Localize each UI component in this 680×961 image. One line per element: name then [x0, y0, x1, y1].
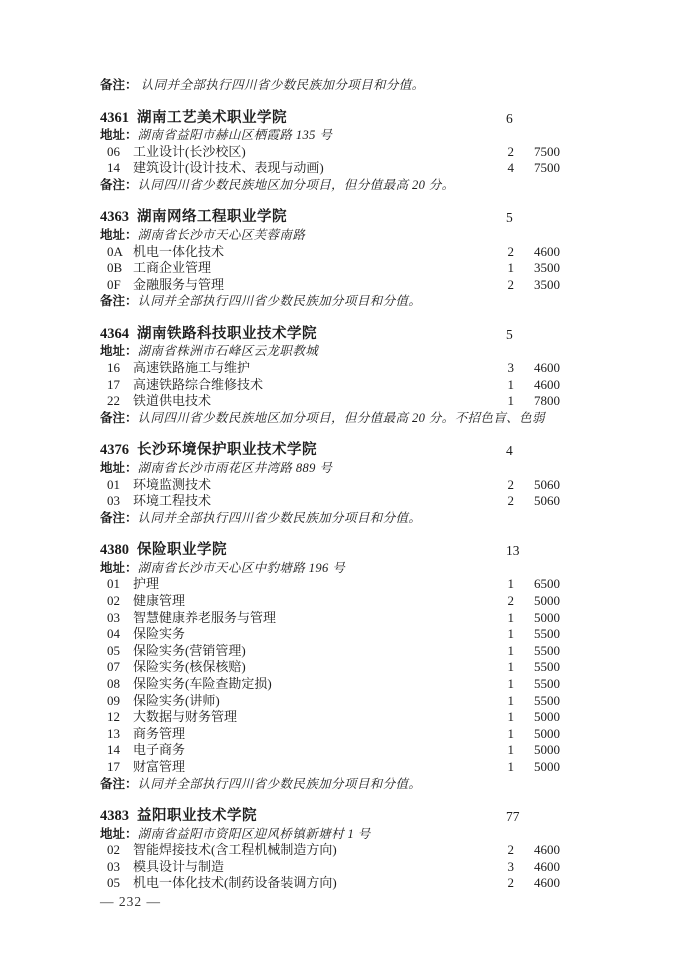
- major-row: 0A机电一体化技术24600: [100, 244, 560, 261]
- major-row: 14电子商务15000: [100, 742, 560, 759]
- major-code: 17: [100, 759, 133, 776]
- major-row: 0B工商企业管理13500: [100, 260, 560, 277]
- college-code: 4364: [100, 326, 129, 342]
- college-title-row: 4383益阳职业技术学院77: [100, 807, 560, 826]
- address-label: 地址：: [100, 561, 138, 575]
- major-name: 工商企业管理: [133, 260, 484, 277]
- major-name: 智能焊接技术(含工程机械制造方向): [133, 842, 484, 859]
- college-total-count: 77: [506, 808, 520, 827]
- major-row: 02智能焊接技术(含工程机械制造方向)24600: [100, 842, 560, 859]
- major-row: 08保险实务(车险查勘定损)15500: [100, 676, 560, 693]
- major-row: 17高速铁路综合维修技术14600: [100, 377, 560, 394]
- college-section: 4361湖南工艺美术职业学院6地址：湖南省益阳市赫山区栖霞路 135 号06工业…: [100, 109, 560, 194]
- major-code: 05: [100, 875, 133, 892]
- page-content: 备注： 认同并全部执行四川省少数民族加分项目和分值。 4361湖南工艺美术职业学…: [100, 77, 560, 892]
- address-label: 地址：: [100, 128, 138, 142]
- major-name: 铁道供电技术: [133, 393, 484, 410]
- major-row: 13商务管理15000: [100, 726, 560, 743]
- college-list: 4361湖南工艺美术职业学院6地址：湖南省益阳市赫山区栖霞路 135 号06工业…: [100, 109, 560, 892]
- major-row: 22铁道供电技术17800: [100, 393, 560, 410]
- major-row: 03环境工程技术25060: [100, 493, 560, 510]
- major-code: 03: [100, 859, 133, 876]
- major-code: 14: [100, 160, 133, 177]
- major-code: 04: [100, 626, 133, 643]
- major-tuition-fee: 5000: [514, 593, 560, 610]
- major-row: 05机电一体化技术(制药设备装调方向)24600: [100, 875, 560, 892]
- major-plan-count: 1: [484, 759, 514, 776]
- college-address-row: 地址：湖南省益阳市资阳区迎风桥镇新塘村 1 号: [100, 826, 560, 843]
- major-row: 03智慧健康养老服务与管理15000: [100, 610, 560, 627]
- college-code: 4363: [100, 209, 129, 225]
- major-name: 护理: [133, 576, 484, 593]
- major-row: 01环境监测技术25060: [100, 477, 560, 494]
- continuation-note-text: 认同并全部执行四川省少数民族加分项目和分值。: [141, 78, 425, 92]
- college-note: 认同四川省少数民族地区加分项目，但分值最高 20 分。: [138, 178, 455, 192]
- major-name: 金融服务与管理: [133, 277, 484, 294]
- major-plan-count: 2: [484, 493, 514, 510]
- college-title-row: 4380保险职业学院13: [100, 541, 560, 560]
- major-code: 0A: [100, 244, 133, 261]
- address-label: 地址：: [100, 228, 138, 242]
- major-name: 模具设计与制造: [133, 859, 484, 876]
- college-section: 4380保险职业学院13地址：湖南省长沙市天心区中豹塘路 196 号01护理16…: [100, 541, 560, 792]
- major-tuition-fee: 5060: [514, 477, 560, 494]
- major-plan-count: 1: [484, 576, 514, 593]
- college-note: 认同并全部执行四川省少数民族加分项目和分值。: [138, 294, 422, 308]
- major-tuition-fee: 5500: [514, 643, 560, 660]
- college-section: 4364湖南铁路科技职业技术学院5地址：湖南省株洲市石峰区云龙职教城16高速铁路…: [100, 325, 560, 426]
- college-note-row: 备注：认同并全部执行四川省少数民族加分项目和分值。: [100, 776, 560, 793]
- college-address-row: 地址：湖南省长沙市天心区芙蓉南路: [100, 227, 560, 244]
- college-code: 4380: [100, 542, 129, 558]
- college-code: 4383: [100, 808, 129, 824]
- address-label: 地址：: [100, 461, 138, 475]
- major-tuition-fee: 7500: [514, 144, 560, 161]
- major-tuition-fee: 5000: [514, 610, 560, 627]
- major-plan-count: 1: [484, 260, 514, 277]
- college-section: 4376长沙环境保护职业技术学院4地址：湖南省长沙市雨花区井湾路 889 号01…: [100, 441, 560, 526]
- major-tuition-fee: 4600: [514, 842, 560, 859]
- major-row: 06工业设计(长沙校区)27500: [100, 144, 560, 161]
- major-tuition-fee: 5500: [514, 693, 560, 710]
- major-code: 14: [100, 742, 133, 759]
- college-note-row: 备注：认同并全部执行四川省少数民族加分项目和分值。: [100, 510, 560, 527]
- major-name: 保险实务(核保核赔): [133, 659, 484, 676]
- major-tuition-fee: 3500: [514, 277, 560, 294]
- note-label: 备注：: [100, 411, 138, 425]
- major-name: 环境工程技术: [133, 493, 484, 510]
- college-note: 认同并全部执行四川省少数民族加分项目和分值。: [138, 777, 422, 791]
- major-plan-count: 3: [484, 360, 514, 377]
- address-label: 地址：: [100, 827, 138, 841]
- major-name: 保险实务: [133, 626, 484, 643]
- major-name: 智慧健康养老服务与管理: [133, 610, 484, 627]
- major-code: 17: [100, 377, 133, 394]
- college-note: 认同四川省少数民族地区加分项目，但分值最高 20 分。不招色盲、色弱: [138, 411, 545, 425]
- major-name: 机电一体化技术(制药设备装调方向): [133, 875, 484, 892]
- college-section: 4383益阳职业技术学院77地址：湖南省益阳市资阳区迎风桥镇新塘村 1 号02智…: [100, 807, 560, 892]
- note-label: 备注：: [100, 511, 138, 525]
- college-address-row: 地址：湖南省长沙市天心区中豹塘路 196 号: [100, 560, 560, 577]
- major-tuition-fee: 5000: [514, 742, 560, 759]
- major-row: 09保险实务(讲师)15500: [100, 693, 560, 710]
- college-code: 4361: [100, 110, 129, 126]
- major-code: 16: [100, 360, 133, 377]
- major-tuition-fee: 3500: [514, 260, 560, 277]
- major-name: 建筑设计(设计技术、表现与动画): [133, 160, 484, 177]
- major-code: 03: [100, 610, 133, 627]
- major-plan-count: 2: [484, 842, 514, 859]
- continuation-note: 备注： 认同并全部执行四川省少数民族加分项目和分值。: [100, 77, 560, 94]
- major-row: 07保险实务(核保核赔)15500: [100, 659, 560, 676]
- major-plan-count: 1: [484, 676, 514, 693]
- college-total-count: 13: [506, 542, 520, 561]
- college-name: 湖南工艺美术职业学院: [137, 110, 287, 126]
- major-tuition-fee: 5060: [514, 493, 560, 510]
- major-row: 04保险实务15500: [100, 626, 560, 643]
- major-plan-count: 2: [484, 477, 514, 494]
- college-title-row: 4361湖南工艺美术职业学院6: [100, 109, 560, 128]
- major-tuition-fee: 5000: [514, 759, 560, 776]
- major-plan-count: 1: [484, 659, 514, 676]
- major-code: 0F: [100, 277, 133, 294]
- major-name: 大数据与财务管理: [133, 709, 484, 726]
- major-name: 电子商务: [133, 742, 484, 759]
- major-tuition-fee: 4600: [514, 244, 560, 261]
- major-tuition-fee: 4600: [514, 377, 560, 394]
- major-code: 01: [100, 477, 133, 494]
- college-name: 湖南铁路科技职业技术学院: [137, 326, 317, 342]
- college-address: 湖南省益阳市资阳区迎风桥镇新塘村 1 号: [138, 827, 371, 841]
- college-title-row: 4364湖南铁路科技职业技术学院5: [100, 325, 560, 344]
- college-note-row: 备注：认同四川省少数民族地区加分项目，但分值最高 20 分。不招色盲、色弱: [100, 410, 560, 427]
- major-tuition-fee: 5500: [514, 659, 560, 676]
- major-name: 保险实务(车险查勘定损): [133, 676, 484, 693]
- college-address-row: 地址：湖南省株洲市石峰区云龙职教城: [100, 343, 560, 360]
- major-row: 01护理16500: [100, 576, 560, 593]
- major-row: 02健康管理25000: [100, 593, 560, 610]
- major-plan-count: 1: [484, 726, 514, 743]
- major-name: 工业设计(长沙校区): [133, 144, 484, 161]
- address-label: 地址：: [100, 344, 138, 358]
- college-total-count: 5: [506, 326, 513, 345]
- major-code: 06: [100, 144, 133, 161]
- major-code: 09: [100, 693, 133, 710]
- college-note: 认同并全部执行四川省少数民族加分项目和分值。: [138, 511, 422, 525]
- major-tuition-fee: 4600: [514, 859, 560, 876]
- major-name: 财富管理: [133, 759, 484, 776]
- major-plan-count: 3: [484, 859, 514, 876]
- college-name: 长沙环境保护职业技术学院: [137, 442, 317, 458]
- major-plan-count: 1: [484, 610, 514, 627]
- major-tuition-fee: 6500: [514, 576, 560, 593]
- major-plan-count: 1: [484, 643, 514, 660]
- major-plan-count: 2: [484, 144, 514, 161]
- college-address: 湖南省长沙市雨花区井湾路 889 号: [138, 461, 333, 475]
- college-address: 湖南省长沙市天心区中豹塘路 196 号: [138, 561, 346, 575]
- major-tuition-fee: 7500: [514, 160, 560, 177]
- major-row: 05保险实务(营销管理)15500: [100, 643, 560, 660]
- major-name: 高速铁路施工与维护: [133, 360, 484, 377]
- college-note-row: 备注：认同四川省少数民族地区加分项目，但分值最高 20 分。: [100, 177, 560, 194]
- major-code: 05: [100, 643, 133, 660]
- major-code: 08: [100, 676, 133, 693]
- college-title-row: 4363湖南网络工程职业学院5: [100, 208, 560, 227]
- major-tuition-fee: 5500: [514, 626, 560, 643]
- major-code: 13: [100, 726, 133, 743]
- major-name: 环境监测技术: [133, 477, 484, 494]
- major-name: 商务管理: [133, 726, 484, 743]
- college-address: 湖南省株洲市石峰区云龙职教城: [138, 344, 319, 358]
- major-row: 16高速铁路施工与维护34600: [100, 360, 560, 377]
- major-code: 02: [100, 842, 133, 859]
- college-address: 湖南省长沙市天心区芙蓉南路: [138, 228, 306, 242]
- major-code: 01: [100, 576, 133, 593]
- college-total-count: 5: [506, 209, 513, 228]
- major-code: 0B: [100, 260, 133, 277]
- major-plan-count: 1: [484, 377, 514, 394]
- major-code: 07: [100, 659, 133, 676]
- major-name: 健康管理: [133, 593, 484, 610]
- major-name: 保险实务(营销管理): [133, 643, 484, 660]
- note-label: 备注：: [100, 777, 138, 791]
- major-tuition-fee: 7800: [514, 393, 560, 410]
- major-name: 机电一体化技术: [133, 244, 484, 261]
- major-plan-count: 2: [484, 593, 514, 610]
- major-plan-count: 2: [484, 244, 514, 261]
- major-code: 03: [100, 493, 133, 510]
- college-name: 保险职业学院: [137, 542, 227, 558]
- major-plan-count: 4: [484, 160, 514, 177]
- continuation-note-label: 备注：: [100, 78, 138, 92]
- college-name: 益阳职业技术学院: [137, 808, 257, 824]
- major-plan-count: 2: [484, 875, 514, 892]
- note-label: 备注：: [100, 178, 138, 192]
- major-row: 17财富管理15000: [100, 759, 560, 776]
- major-tuition-fee: 4600: [514, 875, 560, 892]
- note-label: 备注：: [100, 294, 138, 308]
- major-name: 保险实务(讲师): [133, 693, 484, 710]
- document-page: 备注： 认同并全部执行四川省少数民族加分项目和分值。 4361湖南工艺美术职业学…: [0, 0, 680, 961]
- major-row: 12大数据与财务管理15000: [100, 709, 560, 726]
- major-plan-count: 1: [484, 742, 514, 759]
- college-address-row: 地址：湖南省益阳市赫山区栖霞路 135 号: [100, 127, 560, 144]
- major-code: 02: [100, 593, 133, 610]
- page-number: — 232 —: [100, 894, 161, 910]
- major-tuition-fee: 5500: [514, 676, 560, 693]
- major-plan-count: 1: [484, 393, 514, 410]
- college-name: 湖南网络工程职业学院: [137, 209, 287, 225]
- college-title-row: 4376长沙环境保护职业技术学院4: [100, 441, 560, 460]
- major-row: 14建筑设计(设计技术、表现与动画)47500: [100, 160, 560, 177]
- college-note-row: 备注：认同并全部执行四川省少数民族加分项目和分值。: [100, 293, 560, 310]
- major-plan-count: 1: [484, 709, 514, 726]
- college-address-row: 地址：湖南省长沙市雨花区井湾路 889 号: [100, 460, 560, 477]
- major-code: 22: [100, 393, 133, 410]
- major-row: 03模具设计与制造34600: [100, 859, 560, 876]
- college-total-count: 6: [506, 110, 513, 129]
- major-code: 12: [100, 709, 133, 726]
- major-plan-count: 2: [484, 277, 514, 294]
- major-tuition-fee: 5000: [514, 726, 560, 743]
- major-tuition-fee: 5000: [514, 709, 560, 726]
- major-tuition-fee: 4600: [514, 360, 560, 377]
- major-name: 高速铁路综合维修技术: [133, 377, 484, 394]
- major-row: 0F金融服务与管理23500: [100, 277, 560, 294]
- college-code: 4376: [100, 442, 129, 458]
- major-plan-count: 1: [484, 626, 514, 643]
- college-section: 4363湖南网络工程职业学院5地址：湖南省长沙市天心区芙蓉南路0A机电一体化技术…: [100, 208, 560, 309]
- major-plan-count: 1: [484, 693, 514, 710]
- college-total-count: 4: [506, 442, 513, 461]
- college-address: 湖南省益阳市赫山区栖霞路 135 号: [138, 128, 333, 142]
